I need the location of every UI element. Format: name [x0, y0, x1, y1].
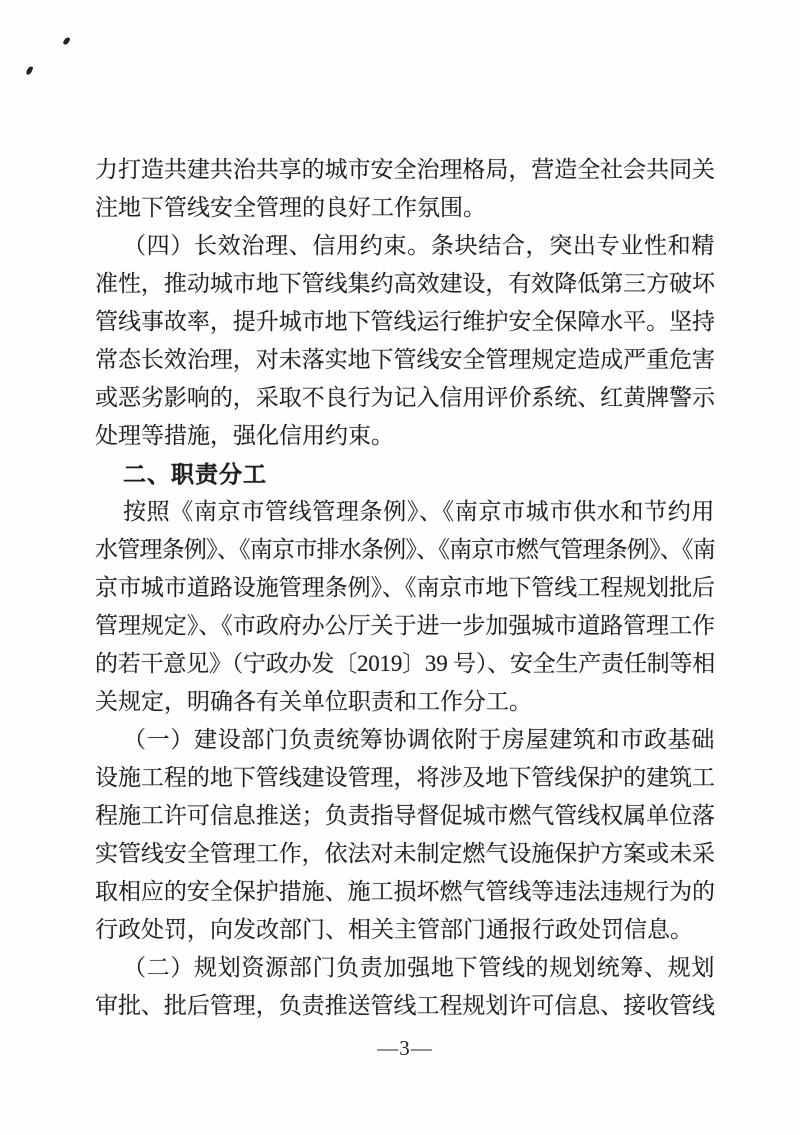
text-line: （二）规划资源部门负责加强地下管线的规划统筹、规划: [123, 949, 715, 987]
page-number-label: —3—: [377, 1036, 433, 1060]
text-line-row: 力打造共建共治共享的城市安全治理格局，营造全社会共同关: [95, 151, 715, 189]
text-line-row: 水管理条例》、《南京市排水条例》、《南京市燃气管理条例》、《南: [95, 531, 715, 569]
text-line: 取相应的安全保护措施、施工损坏燃气管线等违法违规行为的: [95, 873, 715, 911]
text-line: 力打造共建共治共享的城市安全治理格局，营造全社会共同关: [95, 151, 715, 189]
ink-speck: [25, 65, 33, 75]
text-line: 处理等措施，强化信用约束。: [95, 417, 394, 455]
text-line: 审批、批后管理，负责推送管线工程规划许可信息、接收管线: [95, 987, 715, 1025]
text-line-row: 准性，推动城市地下管线集约高效建设，有效降低第三方破坏: [95, 265, 715, 303]
ink-speck: [62, 36, 70, 45]
text-line-row: （四）长效治理、信用约束。条块结合，突出专业性和精: [95, 227, 715, 265]
text-line-row: 常态长效治理，对未落实地下管线安全管理规定造成严重危害: [95, 341, 715, 379]
text-line: 设施工程的地下管线建设管理，将涉及地下管线保护的建筑工: [95, 759, 715, 797]
text-line-row: 管线事故率，提升城市地下管线运行维护安全保障水平。坚持: [95, 303, 715, 341]
text-line-row: 审批、批后管理，负责推送管线工程规划许可信息、接收管线: [95, 987, 715, 1025]
text-line: 关规定，明确各有关单位职责和工作分工。: [95, 683, 532, 721]
text-line-row: （一）建设部门负责统筹协调依附于房屋建筑和市政基础: [95, 721, 715, 759]
document-page: 力打造共建共治共享的城市安全治理格局，营造全社会共同关注地下管线安全管理的良好工…: [0, 0, 800, 1135]
text-line-row: 处理等措施，强化信用约束。: [95, 417, 715, 455]
section-heading: 二、职责分工: [123, 455, 267, 493]
page-number-footer: —3—: [0, 1036, 800, 1061]
text-line: （一）建设部门负责统筹协调依附于房屋建筑和市政基础: [123, 721, 715, 759]
text-line-row: 管理规定》、《市政府办公厅关于进一步加强城市道路管理工作: [95, 607, 715, 645]
text-line: （四）长效治理、信用约束。条块结合，突出专业性和精: [123, 227, 715, 265]
text-line: 的若干意见》（宁政办发〔2019〕39 号）、安全生产责任制等相: [95, 645, 715, 683]
text-line-row: 或恶劣影响的，采取不良行为记入信用评价系统、红黄牌警示: [95, 379, 715, 417]
text-line: 按照《南京市管线管理条例》、《南京市城市供水和节约用: [123, 493, 715, 531]
text-line-row: 实管线安全管理工作，依法对未制定燃气设施保护方案或未采: [95, 835, 715, 873]
text-line-row: 取相应的安全保护措施、施工损坏燃气管线等违法违规行为的: [95, 873, 715, 911]
text-line-row: 的若干意见》（宁政办发〔2019〕39 号）、安全生产责任制等相: [95, 645, 715, 683]
text-line: 注地下管线安全管理的良好工作氛围。: [95, 189, 486, 227]
section-heading-row: 二、职责分工: [95, 455, 715, 493]
document-text-block: 力打造共建共治共享的城市安全治理格局，营造全社会共同关注地下管线安全管理的良好工…: [95, 151, 715, 1025]
text-line: 实管线安全管理工作，依法对未制定燃气设施保护方案或未采: [95, 835, 715, 873]
text-line: 行政处罚，向发改部门、相关主管部门通报行政处罚信息。: [95, 911, 693, 949]
text-line: 常态长效治理，对未落实地下管线安全管理规定造成严重危害: [95, 341, 715, 379]
text-line-row: 按照《南京市管线管理条例》、《南京市城市供水和节约用: [95, 493, 715, 531]
text-line: 水管理条例》、《南京市排水条例》、《南京市燃气管理条例》、《南: [95, 531, 715, 569]
text-line: 京市城市道路设施管理条例》、《南京市地下管线工程规划批后: [95, 569, 715, 607]
text-line-row: 设施工程的地下管线建设管理，将涉及地下管线保护的建筑工: [95, 759, 715, 797]
text-line-row: 关规定，明确各有关单位职责和工作分工。: [95, 683, 715, 721]
text-line-row: 行政处罚，向发改部门、相关主管部门通报行政处罚信息。: [95, 911, 715, 949]
text-line: 或恶劣影响的，采取不良行为记入信用评价系统、红黄牌警示: [95, 379, 715, 417]
text-line: 管理规定》、《市政府办公厅关于进一步加强城市道路管理工作: [95, 607, 715, 645]
text-line: 准性，推动城市地下管线集约高效建设，有效降低第三方破坏: [95, 265, 715, 303]
text-line-row: （二）规划资源部门负责加强地下管线的规划统筹、规划: [95, 949, 715, 987]
text-line-row: 注地下管线安全管理的良好工作氛围。: [95, 189, 715, 227]
text-line: 管线事故率，提升城市地下管线运行维护安全保障水平。坚持: [95, 303, 715, 341]
text-line-row: 程施工许可信息推送；负责指导督促城市燃气管线权属单位落: [95, 797, 715, 835]
text-line-row: 京市城市道路设施管理条例》、《南京市地下管线工程规划批后: [95, 569, 715, 607]
text-line: 程施工许可信息推送；负责指导督促城市燃气管线权属单位落: [95, 797, 715, 835]
